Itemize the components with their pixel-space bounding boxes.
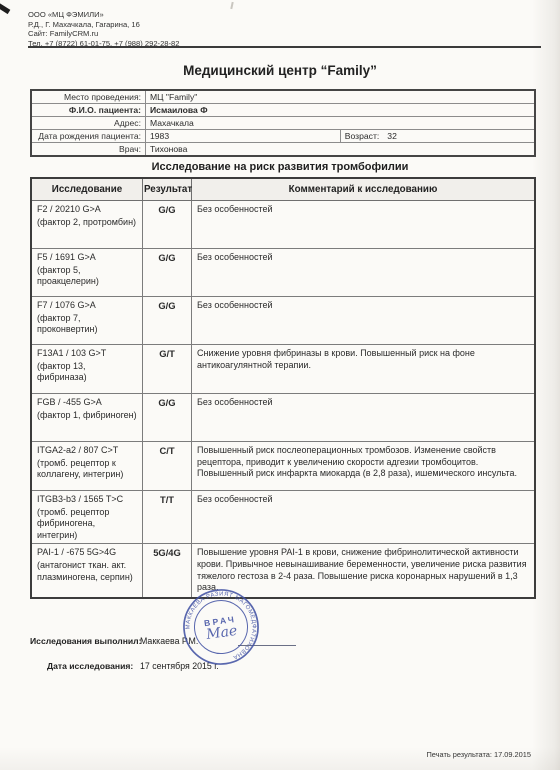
test-detail: (тромб. рецептор к коллагену, интегрин) [37, 458, 137, 481]
table-row: F2 / 20210 G>A (фактор 2, протромбин) G/… [31, 201, 535, 249]
test-name: F7 / 1076 G>A [37, 300, 137, 312]
field-label: Врач: [31, 143, 146, 157]
clinic-website: Сайт: FamilyCRM.ru [28, 29, 180, 39]
column-header-comment: Комментарий к исследованию [192, 178, 536, 201]
comment-cell: Без особенностей [192, 249, 536, 297]
field-label: Ф.И.О. пациента: [31, 104, 146, 117]
result-cell: C/T [143, 442, 192, 491]
table-row: F7 / 1076 G>A (фактор 7, проконвертин) G… [31, 297, 535, 345]
result-cell: G/T [143, 345, 192, 394]
comment-cell: Без особенностей [192, 201, 536, 249]
table-row: FGB / -455 G>A (фактор 1, фибриноген) G/… [31, 394, 535, 442]
scan-artifact-tick [230, 2, 233, 9]
results-table: Исследование Результат Комментарий к исс… [30, 177, 536, 599]
column-header-result: Результат [143, 178, 192, 201]
test-name: ITGA2-a2 / 807 C>T [37, 445, 137, 457]
test-detail: (фактор 7, проконвертин) [37, 313, 137, 336]
clinic-address: Р.Д., Г. Махачкала, Гагарина, 16 [28, 20, 180, 30]
test-cell: ITGA2-a2 / 807 C>T (тромб. рецептор к ко… [31, 442, 143, 491]
test-cell: PAI-1 / -675 5G>4G (антагонист ткан. акт… [31, 544, 143, 599]
result-cell: T/T [143, 491, 192, 544]
study-date-label: Дата исследования: [47, 661, 133, 671]
table-row: ITGA2-a2 / 807 C>T (тромб. рецептор к ко… [31, 442, 535, 491]
scan-artifact-corner [0, 3, 10, 14]
clinic-contact-block: ООО «МЦ ФЭМИЛИ» Р.Д., Г. Махачкала, Гага… [28, 10, 180, 48]
performed-by-label: Исследования выполнил: [30, 636, 142, 646]
document-title: Медицинский центр “Family” [0, 63, 560, 78]
table-row: PAI-1 / -675 5G>4G (антагонист ткан. акт… [31, 544, 535, 599]
result-cell: G/G [143, 249, 192, 297]
table-row: Адрес: Махачкала [31, 117, 535, 130]
comment-cell: Без особенностей [192, 297, 536, 345]
field-value: МЦ "Family" [146, 90, 536, 104]
result-cell: G/G [143, 394, 192, 442]
field-value: Махачкала [146, 117, 536, 130]
test-cell: F13A1 / 103 G>T (фактор 13, фибриназа) [31, 345, 143, 394]
table-header-row: Исследование Результат Комментарий к исс… [31, 178, 535, 201]
field-value: 1983 [146, 130, 341, 143]
test-cell: F7 / 1076 G>A (фактор 7, проконвертин) [31, 297, 143, 345]
scanned-report-page: ООО «МЦ ФЭМИЛИ» Р.Д., Г. Махачкала, Гага… [0, 0, 560, 770]
test-name: PAI-1 / -675 5G>4G [37, 547, 137, 559]
age-label: Возраст: [345, 131, 380, 141]
result-cell: G/G [143, 297, 192, 345]
comment-cell: Без особенностей [192, 491, 536, 544]
table-row: F5 / 1691 G>A (фактор 5, проакцелерин) G… [31, 249, 535, 297]
table-row: F13A1 / 103 G>T (фактор 13, фибриназа) G… [31, 345, 535, 394]
clinic-name: ООО «МЦ ФЭМИЛИ» [28, 10, 180, 20]
test-detail: (фактор 13, фибриназа) [37, 361, 137, 384]
result-cell: G/G [143, 201, 192, 249]
test-name: F13A1 / 103 G>T [37, 348, 137, 360]
field-value: Исмаилова Ф [146, 104, 536, 117]
comment-cell: Снижение уровня фибриназы в крови. Повыш… [192, 345, 536, 394]
table-row: ITGB3-b3 / 1565 T>C (тромб. рецептор фиб… [31, 491, 535, 544]
test-cell: F2 / 20210 G>A (фактор 2, протромбин) [31, 201, 143, 249]
field-label: Адрес: [31, 117, 146, 130]
comment-cell: Без особенностей [192, 394, 536, 442]
stamp-signature: Мае [204, 623, 238, 643]
header-divider [28, 46, 541, 48]
table-row: Место проведения: МЦ "Family" [31, 90, 535, 104]
test-detail: (антагонист ткан. акт. плазминогена, сер… [37, 560, 137, 583]
patient-info-table: Место проведения: МЦ "Family" Ф.И.О. пац… [30, 89, 536, 157]
test-name: F2 / 20210 G>A [37, 204, 137, 216]
table-row: Ф.И.О. пациента: Исмаилова Ф [31, 104, 535, 117]
comment-cell: Повышенный риск послеоперационных тромбо… [192, 442, 536, 491]
age-value: 32 [387, 131, 397, 141]
print-timestamp: Печать результата: 17.09.2015 [426, 750, 531, 759]
field-label: Дата рождения пациента: [31, 130, 146, 143]
test-cell: FGB / -455 G>A (фактор 1, фибриноген) [31, 394, 143, 442]
age-cell: Возраст: 32 [340, 130, 535, 143]
doctor-stamp: МАККАЕВА РАЗИЯТ МАГОМЕДФАТИХОВНА ВРАЧ Ма… [165, 571, 278, 684]
test-name: ITGB3-b3 / 1565 T>C [37, 494, 137, 506]
test-cell: F5 / 1691 G>A (фактор 5, проакцелерин) [31, 249, 143, 297]
test-detail: (фактор 2, протромбин) [37, 217, 137, 229]
table-row: Дата рождения пациента: 1983 Возраст: 32 [31, 130, 535, 143]
results-section-title: Исследование на риск развития тромбофили… [0, 161, 560, 173]
table-row: Врач: Тихонова [31, 143, 535, 157]
test-name: FGB / -455 G>A [37, 397, 137, 409]
test-cell: ITGB3-b3 / 1565 T>C (тромб. рецептор фиб… [31, 491, 143, 544]
test-detail: (фактор 1, фибриноген) [37, 410, 137, 422]
field-value: Тихонова [146, 143, 536, 157]
test-name: F5 / 1691 G>A [37, 252, 137, 264]
test-detail: (тромб. рецептор фибриногена, интегрин) [37, 507, 137, 542]
field-label: Место проведения: [31, 90, 146, 104]
test-detail: (фактор 5, проакцелерин) [37, 265, 137, 288]
column-header-test: Исследование [31, 178, 143, 201]
